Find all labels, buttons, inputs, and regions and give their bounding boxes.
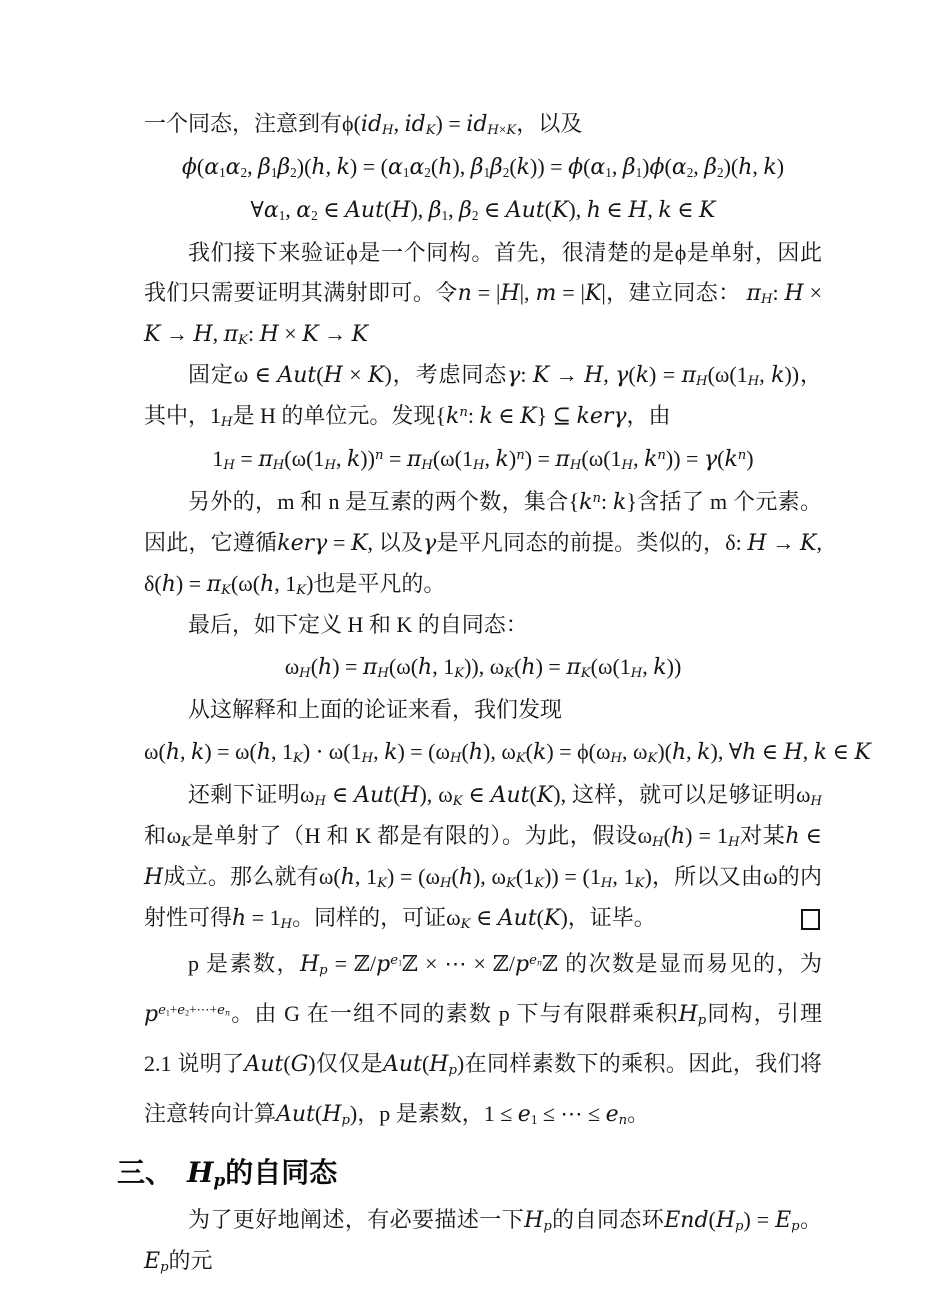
para-fix-omega: 固定ω ∈ Aut(H × K)，考虑同态γ: K → H, γ(k) = πH…	[144, 355, 822, 437]
para-endomorphism-ring-intro: 为了更好地阐述，有必要描述一下Hp的自同态环End(Hp) = Ep。Ep的元	[144, 1200, 822, 1282]
para-prime-power-order: p 是素数，Hp = ℤ/pe1ℤ × ⋯ × ℤ/penℤ 的次数是显而易见的…	[144, 939, 822, 1139]
para-define-endomorphisms: 最后，如下定义 H 和 K 的自同态：	[144, 605, 822, 645]
formula-phi-product: ϕ(α1α2, β1β2)(h, k) = (α1α2(h), β1β2(k))…	[144, 147, 822, 188]
para-from-interpretation: 从这解释和上面的论证来看，我们发现	[144, 690, 822, 730]
document-content: 一个同态，注意到有ϕ(idH, idK) = idH×K，以及ϕ(α1α2, β…	[144, 104, 822, 1282]
para-isomorphism-proof: 我们接下来验证ϕ是一个同构。首先，很清楚的是ϕ是单射，因此我们只需要证明其满射即…	[144, 233, 822, 355]
qed-symbol: □	[801, 909, 820, 930]
formula-omega-h-k-definition: ωH(h) = πH(ω(h, 1K)), ωK(h) = πK(ω(1H, k…	[144, 647, 822, 688]
formula-forall-condition: ∀α1, α2 ∈ Aut(H), β1, β2 ∈ Aut(K), h ∈ H…	[144, 190, 822, 231]
para-homomorphism-note: 一个同态，注意到有ϕ(idH, idK) = idH×K，以及	[144, 104, 822, 145]
formula-kernel-identity: 1H = πH(ω(1H, k))n = πH(ω(1H, k)n) = πH(…	[144, 439, 822, 480]
para-remaining-proof: 还剩下证明ωH ∈ Aut(H), ωK ∈ Aut(K), 这样，就可以足够证…	[144, 775, 822, 939]
section-heading-hp-endomorphisms: 三、 Hp的自同态	[117, 1151, 822, 1195]
para-coprime-argument: 另外的，m 和 n 是互素的两个数，集合{kn: k}含括了 m 个元素。因此，…	[144, 482, 822, 605]
formula-omega-decomposition: ω(h, k) = ω(h, 1K) ⋅ ω(1H, k) = (ωH(h), …	[144, 732, 822, 773]
document-page: 一个同态，注意到有ϕ(idH, idK) = idH×K，以及ϕ(α1α2, β…	[0, 0, 925, 1309]
